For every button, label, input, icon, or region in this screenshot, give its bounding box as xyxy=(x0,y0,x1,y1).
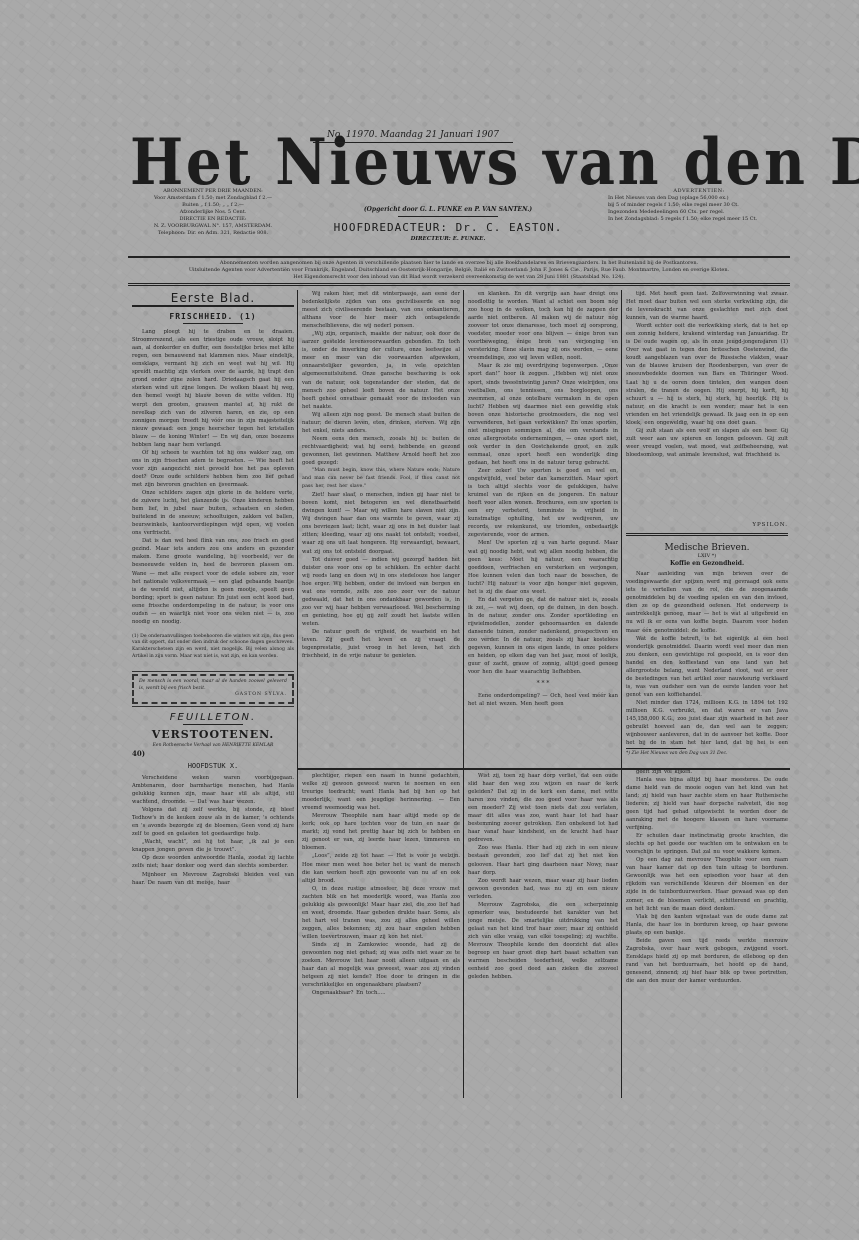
article-continuation: Wij raken hier, met dit winterpaasje, aa… xyxy=(302,290,460,764)
paragraph: Wij alleen zijn nog geest. De mensch sta… xyxy=(302,411,460,435)
quote-box: De mensch is een vooral, maar al de hand… xyxy=(132,674,294,704)
paragraph: Zoo wordt haar wezen, maar waar zij haar… xyxy=(468,877,618,901)
subscription-line: Afzonderlijke Nos. 5 Cent. xyxy=(128,209,298,216)
paragraph: Sinds zij in Zamkowiec woonde, had zij d… xyxy=(302,941,460,989)
paragraph: Lang ploegt hij te draben en te draaien.… xyxy=(132,328,294,449)
paragraph: Mijnheer en Mevrouw Zagrobski bleiden ve… xyxy=(132,871,294,887)
issue-line: No. 11970. Maandag 21 Januari 1907 xyxy=(313,130,513,143)
paragraph: Wij raken hier, met dit winterpaasje, aa… xyxy=(302,290,460,330)
paragraph: Op deze woorden antwoordde Hanla, zoodat… xyxy=(132,854,294,870)
column-rule xyxy=(463,290,464,1098)
footnote: *) Zie Het Nieuws van den Dag van 31 Dec… xyxy=(626,751,788,758)
serial-number: 40) xyxy=(132,750,294,758)
column-rule xyxy=(621,290,622,1098)
paragraph: Dat is dan wel heel flink van ons, zoo f… xyxy=(132,537,294,626)
paragraph: Mevrouw Zagrobska, die een scherpzinnig … xyxy=(468,901,618,981)
advertisement-line: bij 5 of minder regels f 1.50; elke rege… xyxy=(608,202,790,209)
subscription-line: Voor Amsterdam f 1.50; met Zondagblad f … xyxy=(128,195,298,202)
advertisement-heading: ADVERTENTIËN: xyxy=(608,188,790,195)
paragraph: Beide gaven een tijd reeds werkte mevrou… xyxy=(626,937,788,985)
subscription-line: Buiten „ f 1.50; „ „ f 2.— xyxy=(128,202,298,209)
medical-number: LXIV *) xyxy=(626,552,788,560)
column-rule xyxy=(297,290,298,1098)
medical-body: Naar aanleiding van mijn brieven over de… xyxy=(626,570,788,746)
divider xyxy=(183,724,243,725)
founders-line: (Opgericht door G. L. FUNKE en P. VAN SA… xyxy=(323,206,573,213)
serial-subtitle: Een Rotheensche Verhaal van HENRIETTE KE… xyxy=(132,742,294,750)
section-heading: Eerste Blad. xyxy=(132,290,294,307)
editorial-info: (Opgericht door G. L. FUNKE en P. VAN SA… xyxy=(323,206,573,242)
paragraph: O, in deze rustige atmosfeer, bij deze v… xyxy=(302,885,460,941)
paragraph: Ziet! haar slaaf, o menschen, indien gij… xyxy=(302,491,460,555)
medical-title: Medische Brieven. xyxy=(626,544,788,552)
paragraph: tijd. Met heeft geen tast. Zelfoverwinni… xyxy=(626,290,788,322)
paragraph: Niet minder dan 1724, millioen K.G. in 1… xyxy=(626,699,788,746)
advertisement-line: Ingezonden Mededeelingen 60 Cts. per reg… xyxy=(608,209,790,216)
newspaper-page: Het Nieuws van den Dag. No. 11970. Maand… xyxy=(128,128,790,1098)
banner-line: Abonnementen worden aangenomen bij onze … xyxy=(128,260,790,267)
subscription-line: Telephoon: Dir. en Adm. 321, Redactie 80… xyxy=(128,230,298,237)
article-continuation: en klanken. En dit vergrijp aan haar dre… xyxy=(468,290,618,764)
paragraph: Wat de koffie betreft, is het eigenlijk … xyxy=(626,635,788,699)
director-line: DIRECTEUR: E. FUNKE. xyxy=(323,236,573,242)
subscription-line: DIRECTIE EN REDACTIE: xyxy=(128,216,298,223)
feuilleton-heading: FEUILLETON. xyxy=(132,714,294,722)
column-4: tijd. Met heeft geen tast. Zelfoverwinni… xyxy=(626,290,788,1098)
serial-continuation: plechtiger, riepen een naam in hunne ged… xyxy=(302,772,460,997)
signature: YPSILON. xyxy=(626,521,788,529)
chapter-heading: HOOFDSTUK X. xyxy=(132,762,294,770)
advertisement-rates: ADVERTENTIËN: In Het Nieuws van den Dag … xyxy=(608,188,790,223)
columns-area: Eerste Blad. FRISCHHEID. (1) Lang ploegt… xyxy=(128,290,790,1098)
subscription-line: N. Z. VOORBURGWAL N°. 157, AMSTERDAM. xyxy=(128,223,298,230)
paragraph: Wordt echter ooit die verkwikking sterk,… xyxy=(626,322,788,427)
paragraph: Naar aanleiding van mijn brieven over de… xyxy=(626,570,788,634)
poem-quote: "Man must begin, know this, where Nature… xyxy=(302,467,460,491)
paragraph: Eene onderdompeling? — Och, heel veel mé… xyxy=(468,692,618,708)
editor-line: HOOFDREDACTEUR: Dr. C. EASTON. xyxy=(323,221,573,234)
medical-subtitle: Koffie en Gezondheid. xyxy=(626,560,788,568)
serial-continuation: geeft zijn vol kijken. Hanla was bijna a… xyxy=(626,768,788,985)
paragraph: Men! Uw sporten zij u van harte gegund. … xyxy=(468,539,618,595)
serial-title: VERSTOOTENEN. xyxy=(132,731,294,739)
quote-text: De mensch is een vooral, maar al de hand… xyxy=(139,679,287,692)
paragraph: Er schuilen daar instinctmatig groote kr… xyxy=(626,832,788,856)
paragraph: Tot dusver goed — indien wij gezorgd had… xyxy=(302,556,460,628)
paragraph: Vlak bij den kanten wijnstaat van de oud… xyxy=(626,913,788,937)
paragraph: Verscheidene weken waren voorbijgegaan. … xyxy=(132,774,294,806)
divider xyxy=(183,323,243,324)
paragraph: Volgens dat zij zelf werkte, bij stonde,… xyxy=(132,806,294,838)
paragraph: De natuur geeft de vrijheid, de waarheid… xyxy=(302,628,460,660)
paragraph: Zeer zeker! Uw sporten is goed en wel en… xyxy=(468,467,618,539)
subscription-info: ABONNEMENT PER DRIE MAANDEN: Voor Amster… xyxy=(128,188,298,237)
section-break: * * * xyxy=(468,680,618,688)
paragraph: en klanken. En dit vergrijp aan haar dre… xyxy=(468,290,618,362)
paragraph: Gij zult staan als een wolf en slapen al… xyxy=(626,427,788,459)
paragraph: Zoo was Hanla. Hier had zij zich in een … xyxy=(468,844,618,876)
paragraph: „Loos”, zeide zij tot haar. — Het is voo… xyxy=(302,852,460,884)
article-title: FRISCHHEID. (1) xyxy=(132,313,294,321)
column-1: Eerste Blad. FRISCHHEID. (1) Lang ploegt… xyxy=(132,290,294,1098)
paragraph: Mevrouw Theophile nam haar altijd mede o… xyxy=(302,812,460,852)
paragraph: Wist zij, toen zij haar dorp verliet, da… xyxy=(468,772,618,844)
advertisement-line: In het Zondagsblad: 5 regels f 1.50; elk… xyxy=(608,216,790,223)
footnote: (1) De onderaanvullingen toebehooren die… xyxy=(132,634,294,660)
paragraph: plechtiger, riepen een naam in hunne ged… xyxy=(302,772,460,812)
article-continuation: tijd. Met heeft geen tast. Zelfoverwinni… xyxy=(626,290,788,518)
paragraph: Onze schilders zagen zijn glorie in de h… xyxy=(132,489,294,537)
paragraph: Op een dag zat mevrouw Theophile voor ee… xyxy=(626,856,788,912)
notice-banner: Abonnementen worden aangenomen bij onze … xyxy=(128,256,790,286)
paragraph: geeft zijn vol kijken. xyxy=(626,768,788,776)
paragraph: Of hij scheen te wachten tot hij ons wak… xyxy=(132,449,294,489)
paragraph: Maar ik zie mij overdrijving tegenwerpen… xyxy=(468,362,618,467)
divider xyxy=(626,533,788,536)
paragraph: „Wacht, wacht”, zei hij tot haar, „ik za… xyxy=(132,838,294,854)
column-2: Wij raken hier, met dit winterpaasje, aa… xyxy=(302,290,460,1098)
subscription-heading: ABONNEMENT PER DRIE MAANDEN: xyxy=(128,188,298,195)
divider xyxy=(398,216,498,217)
divider xyxy=(626,748,686,749)
quote-author: GASTON SYLVA. xyxy=(139,692,287,699)
paragraph: „Wij zijn, organisch, maakte der natuur,… xyxy=(302,330,460,410)
paragraph: Ongenaakbaar? En toch..... xyxy=(302,989,460,997)
paragraph: Neem eens den mensch, zooals hij is: bui… xyxy=(302,435,460,467)
advertisement-line: In Het Nieuws van den Dag (oplage 56,000… xyxy=(608,195,790,202)
paragraph: Hanla was bijna altijd bij haar meestere… xyxy=(626,776,788,832)
serial-continuation: Wist zij, toen zij haar dorp verliet, da… xyxy=(468,772,618,981)
column-3: en klanken. En dit vergrijp aan haar dre… xyxy=(468,290,618,1098)
paragraph: En dat vergeten ge, dat de natuur niet i… xyxy=(468,596,618,676)
banner-line: Het Eigendomsrecht voor den inhoud van d… xyxy=(128,274,790,281)
banner-line: Uitsluitende Agenten voor Advertentiën v… xyxy=(128,267,790,274)
